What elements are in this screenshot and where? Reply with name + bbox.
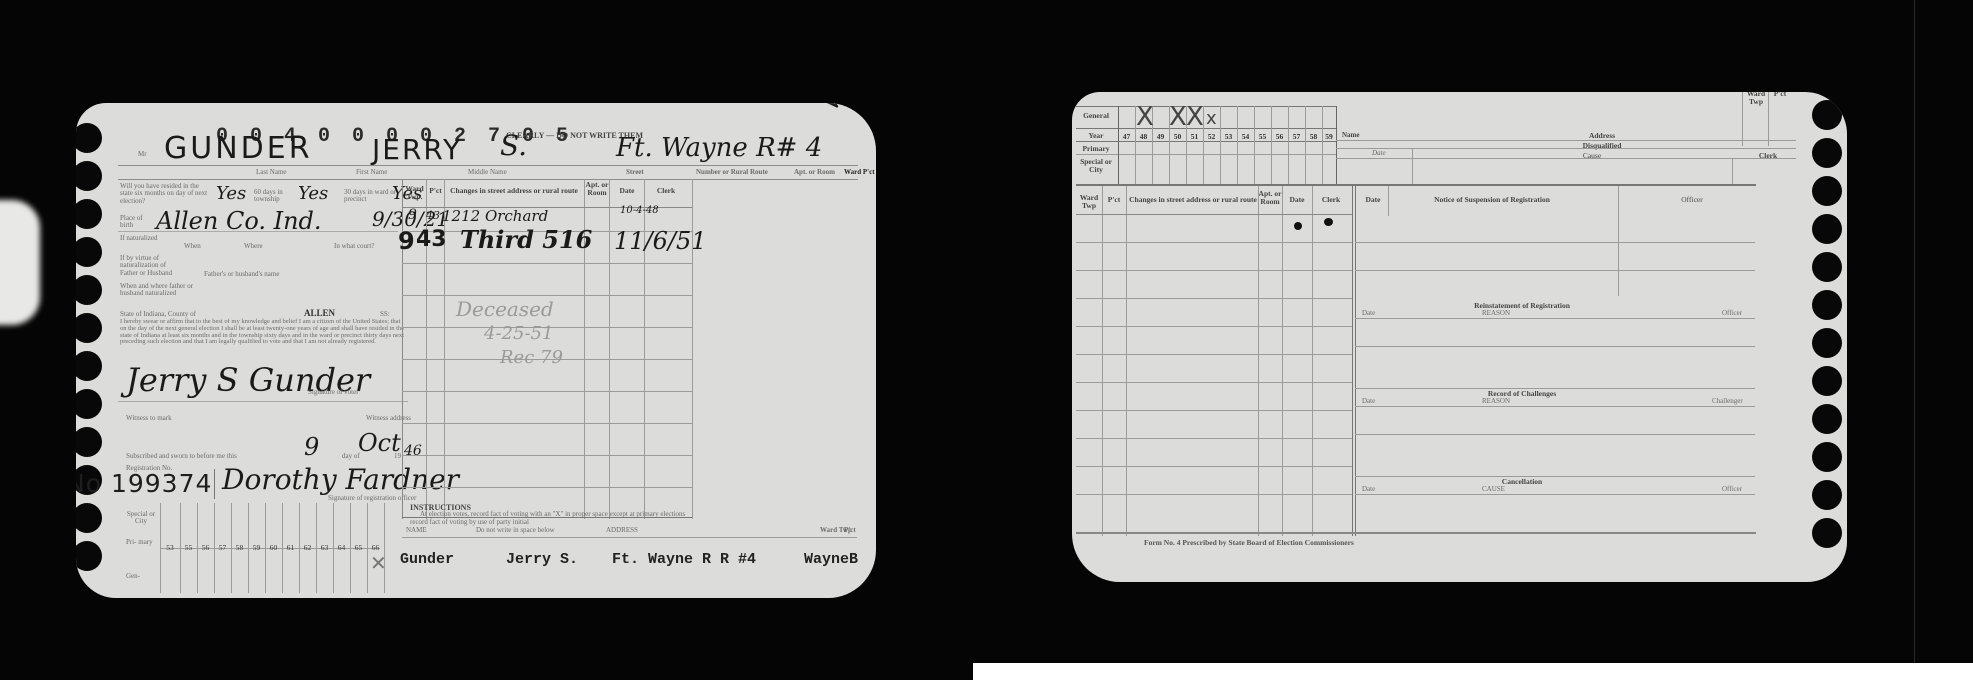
label-apt-room: Apt. or Room [794, 169, 835, 176]
label-days-township: 60 days in township [254, 189, 300, 204]
punch-hole [76, 503, 102, 533]
oath-text: I hereby swear or affirm that to the bes… [120, 319, 405, 346]
label-primary: Primary [1076, 145, 1116, 153]
form-footer: Form No. 4 Prescribed by State Board of … [1144, 538, 1354, 547]
label-naturalized: If naturalized [120, 235, 160, 242]
label-signature-voter: Signature of voter [308, 389, 359, 396]
registrar-signature: Dorothy Fardner [222, 463, 459, 496]
grid-line [1076, 410, 1352, 411]
change-pct: 43 [426, 209, 440, 222]
punch-hole [1812, 290, 1842, 320]
change-pct: 43 [416, 227, 447, 252]
change-date: 10-4-48 [620, 205, 659, 216]
grid-line [402, 263, 692, 264]
label-name: NAME [406, 527, 427, 534]
punch-hole [76, 237, 102, 267]
grid-line [1220, 106, 1221, 184]
vote-mark-icon: X [1169, 104, 1187, 130]
header-apt: Apt. or Room [1258, 190, 1282, 205]
grid-line [1076, 438, 1352, 439]
year-cell: 56 [197, 543, 214, 552]
label-do-not-write: Do not write in space below [476, 527, 555, 534]
typed-first-name: Jerry S. [506, 551, 578, 568]
label-date: Date [1362, 486, 1375, 493]
label-general: General [1076, 112, 1116, 120]
grid-line [160, 503, 161, 593]
grid-line [1102, 186, 1103, 536]
header-date: Date [1282, 196, 1312, 204]
label-ward-pct: Ward P'ct [844, 169, 875, 176]
header-changes: Changes in street address or rural route [446, 187, 582, 195]
reinstatement-title: Reinstatement of Registration [1372, 302, 1672, 310]
vote-mark-icon: X [1136, 104, 1154, 130]
label-special-city: Special or City [1076, 158, 1116, 173]
label-pct: P'ct [1770, 92, 1790, 98]
year-cell: 59 [1322, 132, 1336, 141]
year-cell: 65 [350, 543, 367, 552]
label-primary: Pri- mary [126, 539, 153, 546]
label-by-virtue: If by virtue of naturalization of Father… [120, 255, 184, 277]
grid-line [1352, 186, 1353, 536]
punch-hole [76, 161, 102, 191]
label-special-city: Special or City [126, 511, 156, 526]
grid-line [1355, 406, 1755, 407]
year-cell: 53 [162, 543, 178, 552]
grid-line [402, 423, 692, 424]
street-value: Ft. Wayne R# 4 [616, 133, 822, 163]
year-cell: 57 [214, 543, 231, 552]
grid-line [1336, 140, 1796, 141]
grid-line [1355, 270, 1755, 271]
label-when: When [184, 243, 201, 250]
label-reason: REASON [1482, 310, 1510, 317]
grid-line [1076, 270, 1352, 271]
punch-hole [76, 389, 102, 419]
deceased-date: 4-25-51 [484, 323, 553, 344]
header-ward: Ward Twp [1076, 194, 1102, 209]
year-cell: 49 [1152, 132, 1169, 141]
punch-hole [76, 351, 102, 381]
grid-line [1237, 106, 1238, 184]
punch-hole [1812, 328, 1842, 358]
header-pct: P'ct [1102, 196, 1126, 204]
grid-line [1355, 186, 1356, 536]
punch-hole [1812, 100, 1842, 130]
year-cell: 47 [1118, 132, 1135, 141]
header-apt: Apt. or Room [585, 181, 609, 196]
year-cell: 62 [299, 543, 316, 552]
change-address: Third 516 [460, 225, 592, 254]
label-place-of-birth: Place of birth [120, 215, 150, 230]
divider [214, 469, 215, 499]
year-cell: 58 [1305, 132, 1322, 141]
punch-hole [76, 123, 102, 153]
label-ward-twp: Ward Twp [1744, 92, 1768, 105]
label-date: Date [1362, 310, 1375, 317]
resided-state-answer: Yes [216, 183, 246, 204]
year-cell: 55 [1254, 132, 1271, 141]
cancellation-title: Cancellation [1372, 478, 1672, 486]
label-date: Date [1372, 150, 1386, 157]
grid-line [1732, 158, 1733, 184]
punch-hole [76, 313, 102, 343]
label-resided-question: Will you have resided in the state six m… [120, 183, 212, 205]
sworn-year: 46 [404, 443, 422, 459]
label-general: Gen- [126, 573, 140, 580]
ink-blot [1294, 222, 1302, 230]
grid-line [1322, 106, 1323, 184]
grid-line [1355, 346, 1755, 347]
year-cell: 48 [1135, 132, 1152, 141]
grid-line [1355, 318, 1755, 319]
grid-line [1126, 186, 1127, 536]
label-where: Where [244, 243, 263, 250]
divider [118, 401, 408, 402]
vote-mark-icon: x [1206, 110, 1217, 128]
grid-line [1355, 242, 1755, 243]
change-address: 1212 Orchard [442, 207, 548, 225]
grid-line [1742, 92, 1743, 146]
registration-number: No 199374 [76, 469, 212, 498]
label-address: ADDRESS [606, 527, 638, 534]
deceased-note: Deceased [456, 297, 554, 321]
typed-ward: WayneB [804, 551, 858, 568]
grid-line [402, 391, 692, 392]
grid-line [1288, 106, 1289, 184]
punch-hole [76, 199, 102, 229]
label-last-name: Last Name [256, 169, 287, 176]
grid-line [1271, 106, 1272, 184]
label-date: Date [1358, 196, 1388, 204]
grid-line [1254, 106, 1255, 184]
year-cell: 53 [1220, 132, 1237, 141]
year-cell: 51 [1186, 132, 1203, 141]
label-subscribed: Subscribed and sworn to before me this [126, 453, 237, 460]
first-name-value: JERRY [372, 133, 462, 166]
label-officer: Officer [1722, 486, 1742, 493]
label-first-name: First Name [356, 169, 387, 176]
grid-line [609, 179, 610, 519]
grid-line [1076, 106, 1336, 107]
year-cell: 63 [316, 543, 333, 552]
ink-blot [1324, 218, 1333, 226]
label-court: In what court? [334, 243, 374, 250]
adjacent-card-fragment [0, 200, 40, 325]
year-cell: 55 [180, 543, 197, 552]
change-ward: 9 [398, 227, 415, 255]
grid-line [1258, 186, 1259, 536]
label-when-where-father: When and where father or husband natural… [120, 283, 200, 298]
header-pct: P'ct [427, 187, 444, 195]
grid-line [1118, 106, 1119, 184]
grid-line [1076, 154, 1336, 155]
challenges-title: Record of Challenges [1372, 390, 1672, 398]
header-changes: Changes in street address or rural route [1128, 196, 1258, 204]
label-date: Date [1362, 398, 1375, 405]
title-prefix: Mr [138, 151, 147, 158]
typed-last-name: Gunder [400, 551, 454, 568]
grid-line [1336, 148, 1796, 149]
label-cause: CAUSE [1482, 486, 1505, 493]
grid-line [1355, 476, 1755, 477]
label-signature-officer: Signature of registration officer [328, 495, 416, 502]
grid-line [1388, 186, 1389, 216]
label-pct: P'ct [844, 527, 856, 534]
punch-hole [1812, 366, 1842, 396]
grid-line [1076, 494, 1352, 495]
year-cell: 56 [1271, 132, 1288, 141]
label-number-rural: Number or Rural Route [696, 169, 768, 176]
divider [118, 165, 858, 166]
suspension-title: Notice of Suspension of Registration [1392, 196, 1592, 204]
label-year-prefix: 19 [394, 453, 401, 460]
label-witness-mark: Witness to mark [126, 415, 172, 422]
scan-edge-line [1914, 0, 1915, 680]
change-ward: 9 [408, 207, 417, 223]
year-cell: 58 [231, 543, 248, 552]
vote-mark-icon: ✕ [370, 553, 387, 573]
label-officer: Officer [1722, 310, 1742, 317]
label-witness-address: Witness address [366, 415, 411, 422]
year-cell: 60 [265, 543, 282, 552]
year-cell: 54 [1237, 132, 1254, 141]
last-name-value: GUNDER [164, 131, 313, 166]
year-cell: 59 [248, 543, 265, 552]
grid-line [1076, 141, 1336, 142]
header-ward: Ward Twp. [403, 185, 426, 200]
ward-corner-note: Wayne B [816, 103, 876, 115]
oath-county: ALLEN [304, 308, 335, 318]
punch-hole [1812, 252, 1842, 282]
divider [118, 179, 858, 180]
typed-address: Ft. Wayne R R #4 [612, 551, 756, 568]
punch-hole [1812, 404, 1842, 434]
grid-line [384, 503, 385, 593]
voter-registration-card-back: General Year Primary Special or City 47 … [1072, 92, 1847, 582]
grid-line [1282, 186, 1283, 536]
year-cell: 57 [1288, 132, 1305, 141]
middle-initial-value: S. [500, 129, 527, 162]
label-reason: REASON [1482, 398, 1510, 405]
deceased-rec: Rec 79 [500, 347, 563, 368]
punch-hole [1812, 480, 1842, 510]
voter-registration-card-front: 0 0 4 0 0 0 0 2 7 0 5 CLEARLY — DO NOT W… [76, 103, 876, 598]
grid-line [1312, 186, 1313, 536]
grid-line [1355, 388, 1755, 389]
sworn-day: 9 [304, 433, 319, 461]
vote-mark-icon: X [1186, 104, 1204, 130]
divider [118, 231, 398, 232]
label-middle-name: Middle Name [468, 169, 507, 176]
grid-line [1076, 466, 1352, 467]
label-year: Year [1076, 132, 1116, 140]
punch-hole [76, 427, 102, 457]
grid-line [1076, 354, 1352, 355]
grid-line [1076, 326, 1352, 327]
punch-hole [1812, 138, 1842, 168]
year-cell: 64 [333, 543, 350, 552]
year-cell: 61 [282, 543, 299, 552]
grid-line [1076, 242, 1352, 243]
grid-line [1305, 106, 1306, 184]
resided-township-answer: Yes [298, 183, 328, 204]
punch-hole [76, 541, 102, 571]
header-clerk: Clerk [1312, 196, 1350, 204]
label-fathers-name: Father's or husband's name [204, 271, 279, 278]
grid-line [1355, 434, 1755, 435]
header-clerk: Clerk [646, 187, 686, 195]
grid-line [1412, 148, 1413, 184]
divider [402, 537, 857, 538]
grid-line [1618, 186, 1619, 296]
punch-hole [1812, 442, 1842, 472]
grid-line [1076, 214, 1352, 215]
punch-hole [1812, 176, 1842, 206]
label-address: Address [1452, 132, 1752, 140]
grid-line [1076, 382, 1352, 383]
punch-hole [1812, 518, 1842, 548]
grid-line [1076, 532, 1756, 534]
punch-hole [1812, 214, 1842, 244]
grid-line [1336, 106, 1337, 184]
label-name: Name [1342, 132, 1360, 139]
grid-line [1076, 184, 1756, 186]
grid-line [1336, 158, 1796, 159]
grid-line [1076, 298, 1352, 299]
label-officer: Officer [1632, 196, 1752, 204]
punch-hole [76, 275, 102, 305]
grid-line [1768, 92, 1769, 146]
grid-line [402, 487, 692, 488]
grid-line [402, 455, 692, 456]
grid-line [1355, 494, 1755, 495]
header-date: Date [610, 187, 644, 195]
grid-line [692, 179, 693, 519]
label-challenger: Challenger [1712, 398, 1743, 405]
grid-line [402, 295, 692, 296]
blank-region [973, 663, 1973, 680]
year-cell: 52 [1203, 132, 1220, 141]
label-street: Street [626, 169, 644, 176]
year-cell: 50 [1169, 132, 1186, 141]
